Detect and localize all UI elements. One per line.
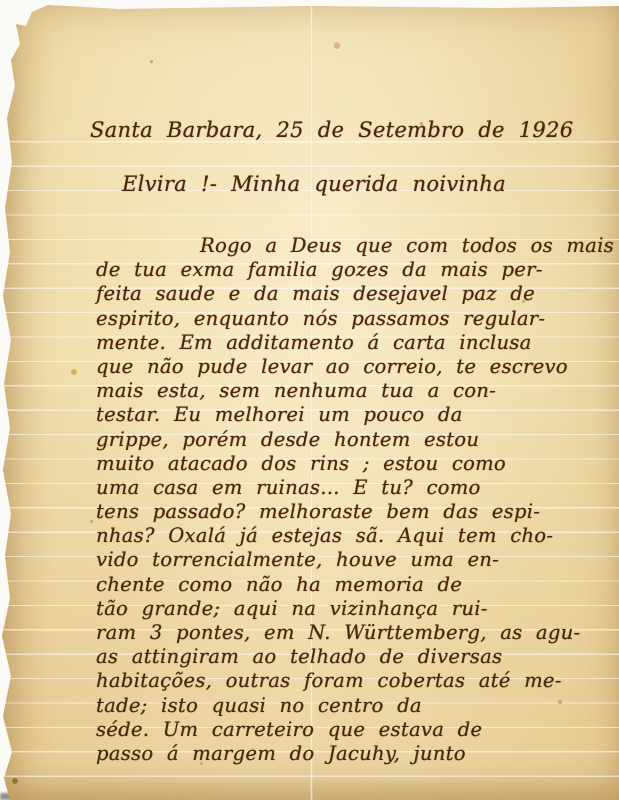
foxing-speck <box>12 778 18 784</box>
letter-line: de tua exma familia gozes da mais per- <box>96 258 614 282</box>
letter-line: mente. Em additamento á carta inclusa <box>96 331 614 355</box>
letter-line: séde. Um carreteiro que estava de <box>96 718 614 742</box>
scanned-letter-image: Santa Barbara, 25 de Setembro de 1926 El… <box>0 0 619 800</box>
letter-line: vido torrencialmente, houve uma en- <box>96 548 614 572</box>
foxing-speck <box>334 42 340 49</box>
letter-salutation: Elvira !- Minha querida noivinha <box>122 172 506 196</box>
letter-line: tens passado? melhoraste bem das espi- <box>96 500 614 524</box>
foxing-speck <box>71 369 77 375</box>
letter-line: mais esta, sem nenhuma tua a con- <box>96 379 614 403</box>
letter-line: grippe, porém desde hontem estou <box>96 428 614 452</box>
letter-line: muito atacado dos rins ; estou como <box>96 452 614 476</box>
letter-line: nhas? Oxalá já estejas sã. Aqui tem cho- <box>96 524 614 548</box>
letter-line: que não pude levar ao correio, te escrev… <box>96 355 614 379</box>
letter-line: feita saude e da mais desejavel paz de <box>96 282 614 306</box>
letter-line: as attingiram ao telhado de diversas <box>96 645 614 669</box>
letter-body: Rogo a Deus que com todos os mais de tua… <box>96 234 614 766</box>
letter-page: Santa Barbara, 25 de Setembro de 1926 El… <box>0 0 619 800</box>
letter-line: tade; isto quasi no centro da <box>96 694 614 718</box>
letter-line: passo á margem do Jacuhy, junto <box>96 742 614 766</box>
letter-line: testar. Eu melhorei um pouco da <box>96 403 614 427</box>
foxing-speck <box>150 60 153 63</box>
letter-line: espirito, enquanto nós passamos regular- <box>96 307 614 331</box>
letter-line: chente como não ha memoria de <box>96 573 614 597</box>
foxing-speck <box>90 520 93 523</box>
letter-line: Rogo a Deus que com todos os mais <box>96 234 614 258</box>
letter-line: tão grande; aqui na vizinhança rui- <box>96 597 614 621</box>
letter-line: uma casa em ruinas... E tu? como <box>96 476 614 500</box>
letter-line: ram 3 pontes, em N. Württemberg, as agu- <box>96 621 614 645</box>
letter-line: habitações, outras foram cobertas até me… <box>96 669 614 693</box>
letter-dateline: Santa Barbara, 25 de Setembro de 1926 <box>90 118 573 142</box>
